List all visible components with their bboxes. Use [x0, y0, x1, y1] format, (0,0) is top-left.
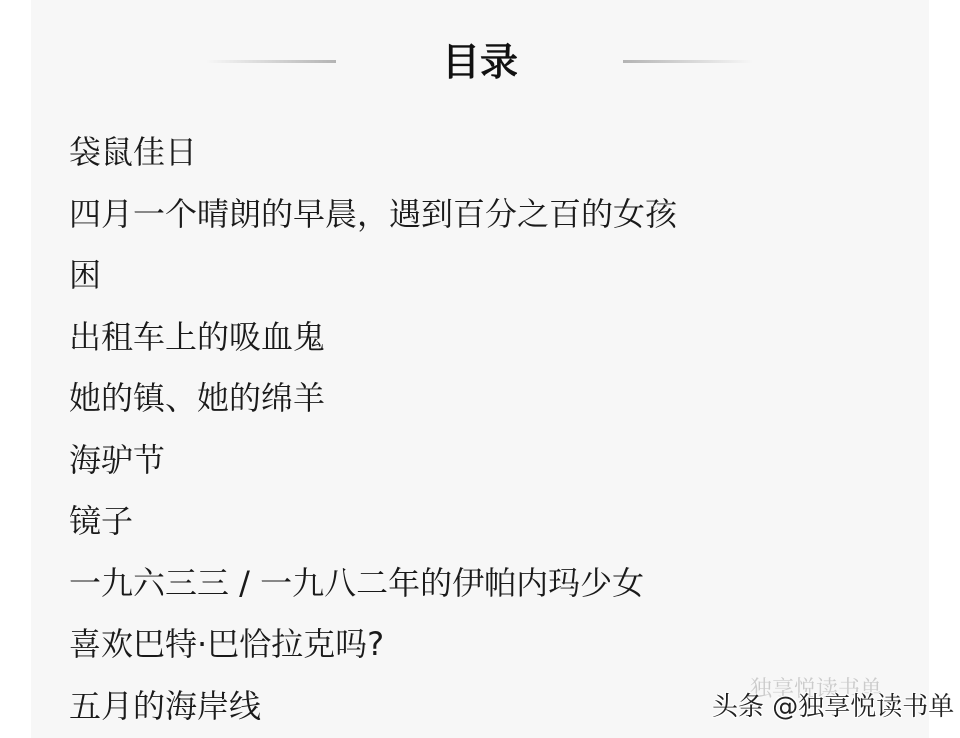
toc-item: 海驴节: [69, 432, 677, 494]
toc-item: 五月的海岸线: [69, 678, 677, 738]
watermark: 头条 @独享悦读书单: [712, 686, 954, 723]
toc-item: 一九六三三 / 一九八二年的伊帕内玛少女: [69, 555, 677, 617]
table-of-contents: 袋鼠佳日 四月一个晴朗的早晨，遇到百分之百的女孩 困 出租车上的吸血鬼 她的镇、…: [69, 124, 677, 738]
page-title: 目录: [31, 36, 929, 88]
divider-right: [623, 60, 753, 63]
toc-item: 喜欢巴特·巴恰拉克吗?: [69, 616, 677, 678]
toc-item: 出租车上的吸血鬼: [69, 309, 677, 371]
toc-item: 她的镇、她的绵羊: [69, 370, 677, 432]
toc-item: 四月一个晴朗的早晨，遇到百分之百的女孩: [69, 186, 677, 248]
toc-header: 目录: [31, 30, 929, 94]
toc-item: 困: [69, 247, 677, 309]
toc-item: 袋鼠佳日: [69, 124, 677, 186]
toc-item: 镜子: [69, 493, 677, 555]
toc-panel: 目录 袋鼠佳日 四月一个晴朗的早晨，遇到百分之百的女孩 困 出租车上的吸血鬼 她…: [31, 0, 929, 738]
